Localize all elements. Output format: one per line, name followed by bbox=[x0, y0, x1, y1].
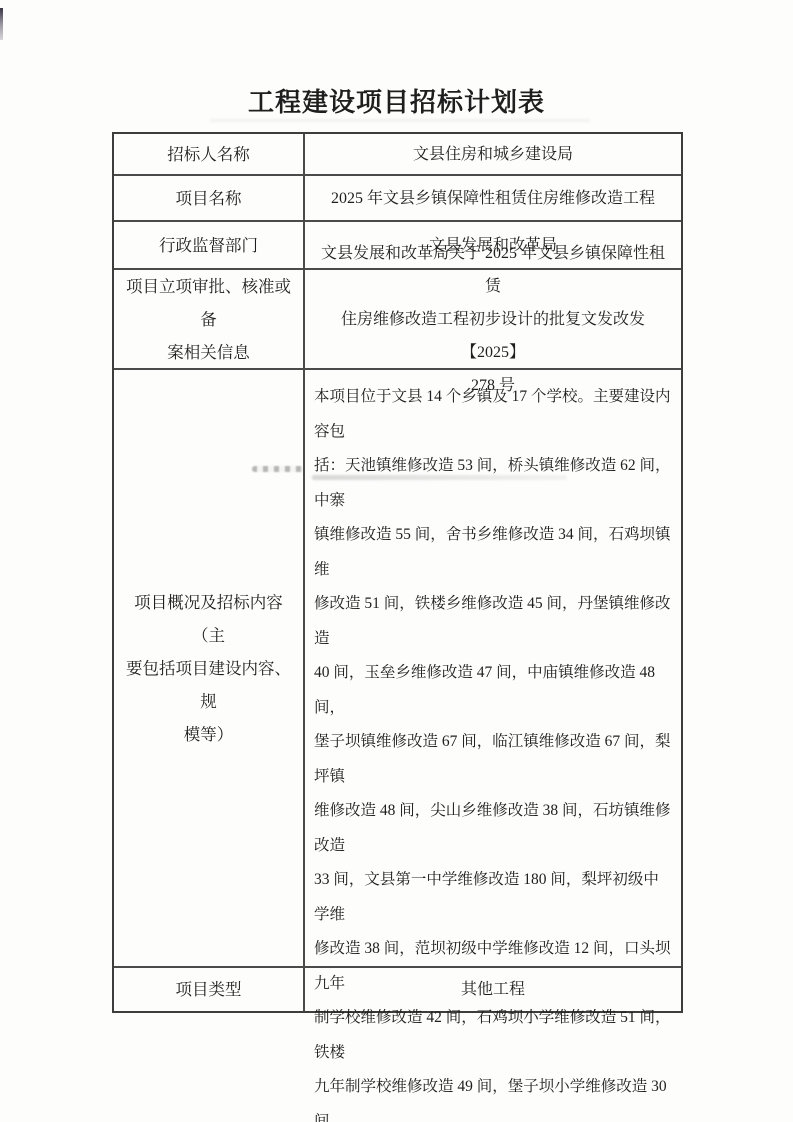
row-label-supervision-department: 行政监督部门 bbox=[114, 222, 305, 268]
scan-edge-artifact bbox=[0, 8, 3, 40]
scan-smudge-right bbox=[312, 475, 567, 480]
row-label-project-type: 项目类型 bbox=[114, 968, 305, 1011]
row-value-approval-info: 文县发展和改革局关于 2025 年文县乡镇保障性租赁 住房维修改造工程初步设计的… bbox=[305, 270, 681, 368]
table-row-project-overview: 项目概况及招标内容（主 要包括项目建设内容、规 模等） 本项目位于文县 14 个… bbox=[114, 368, 681, 966]
row-label-project-overview: 项目概况及招标内容（主 要包括项目建设内容、规 模等） bbox=[114, 370, 305, 966]
document-page: 工程建设项目招标计划表 招标人名称 文县住房和城乡建设局 项目名称 2025 年… bbox=[0, 0, 793, 1122]
row-value-tenderer-name: 文县住房和城乡建设局 bbox=[305, 134, 681, 174]
scan-smudge-left bbox=[252, 466, 304, 472]
page-title: 工程建设项目招标计划表 bbox=[0, 82, 793, 119]
table-row-approval-info: 项目立项审批、核准或备 案相关信息 文县发展和改革局关于 2025 年文县乡镇保… bbox=[114, 268, 681, 368]
row-label-approval-info: 项目立项审批、核准或备 案相关信息 bbox=[114, 270, 305, 368]
table-row-project-type: 项目类型 其他工程 bbox=[114, 966, 681, 1011]
row-value-project-name: 2025 年文县乡镇保障性租赁住房维修改造工程 bbox=[305, 176, 681, 220]
bidding-plan-table: 招标人名称 文县住房和城乡建设局 项目名称 2025 年文县乡镇保障性租赁住房维… bbox=[112, 132, 683, 1013]
row-value-project-overview: 本项目位于文县 14 个乡镇及 17 个学校。主要建设内容包 括：天池镇维修改造… bbox=[305, 370, 681, 966]
row-value-project-type: 其他工程 bbox=[305, 968, 681, 1011]
row-label-tenderer-name: 招标人名称 bbox=[114, 134, 305, 174]
scan-smear bbox=[210, 119, 590, 122]
table-row-project-name: 项目名称 2025 年文县乡镇保障性租赁住房维修改造工程 bbox=[114, 174, 681, 220]
table-row-tenderer-name: 招标人名称 文县住房和城乡建设局 bbox=[114, 134, 681, 174]
row-label-project-name: 项目名称 bbox=[114, 176, 305, 220]
